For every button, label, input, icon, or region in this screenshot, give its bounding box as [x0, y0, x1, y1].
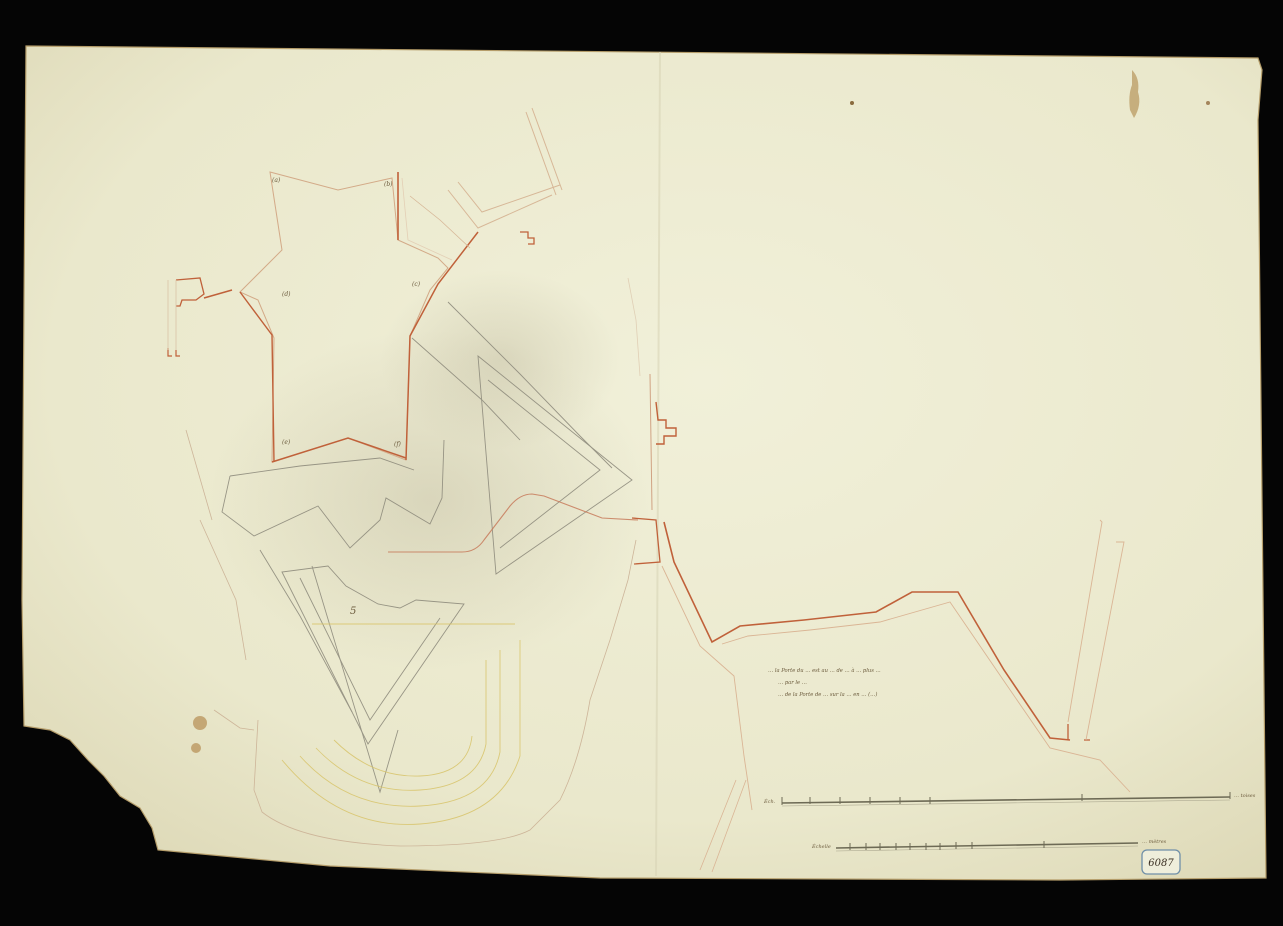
svg-text:6087: 6087: [1148, 858, 1174, 869]
svg-text:(b): (b): [384, 181, 393, 188]
svg-text:(e): (e): [282, 439, 291, 446]
svg-text:… de la Porte de … sur la … en: … de la Porte de … sur la … en … (…): [778, 691, 877, 698]
svg-text:… mètres: … mètres: [1142, 838, 1167, 845]
svg-text:(c): (c): [412, 281, 421, 288]
stain: [193, 716, 207, 730]
stain: [850, 101, 854, 105]
svg-text:… toises: … toises: [1234, 793, 1256, 799]
svg-text:(d): (d): [282, 291, 291, 298]
smudge: [380, 270, 620, 450]
svg-text:(a): (a): [272, 177, 281, 184]
stain: [1206, 101, 1210, 105]
document-photograph: (a) (b) (c) (d) (e) (f): [0, 0, 1283, 926]
stain: [191, 743, 201, 753]
svg-text:Éch.: Éch.: [763, 797, 776, 805]
svg-text:Échelle: Échelle: [811, 842, 831, 850]
fortification-plan-drawing: (a) (b) (c) (d) (e) (f): [0, 0, 1283, 926]
fort-number-label: 5: [350, 606, 356, 617]
inventory-stamp: 6087: [1142, 850, 1180, 874]
svg-text:… la Porte du … est au … de …: … la Porte du … est au … de … à … plus …: [768, 667, 881, 674]
svg-text:(f): (f): [394, 441, 402, 448]
svg-text:… par le …: … par le …: [778, 680, 807, 686]
